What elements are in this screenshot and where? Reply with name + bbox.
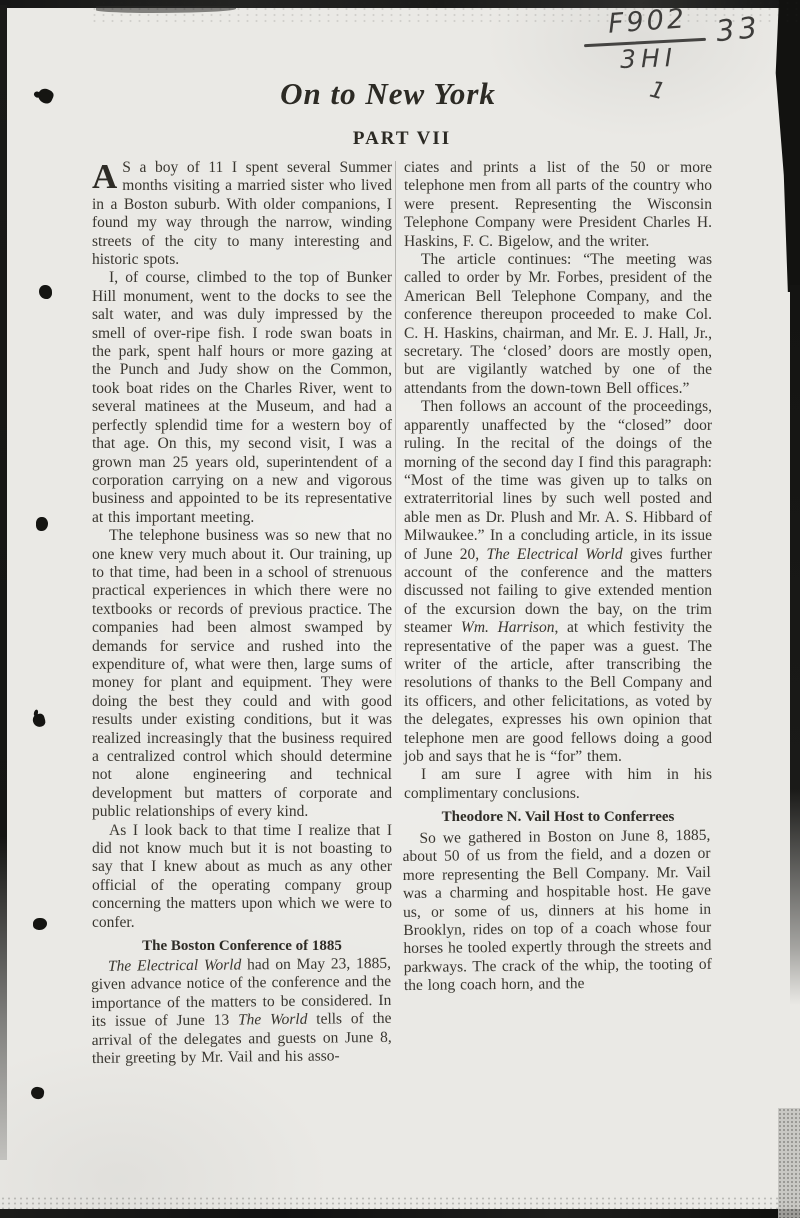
paragraph: The Electrical World had on May 23, 1885… [91, 955, 392, 1069]
italic-text: The Electrical World [108, 957, 241, 975]
ink-blot [36, 87, 55, 106]
left-column: AS a boy of 11 I spent several Summer mo… [92, 159, 392, 1069]
section-heading: The Boston Conference of 1885 [92, 937, 392, 955]
text-columns: AS a boy of 11 I spent several Summer mo… [92, 159, 712, 1069]
body-text: Then follows an account of the proceedin… [404, 398, 712, 562]
italic-text: The World [238, 1011, 308, 1029]
body-text: The article continues: “The meeting was … [404, 251, 712, 397]
paragraph: AS a boy of 11 I spent several Summer mo… [92, 159, 392, 269]
handwritten-call-number-line2: 3HI [620, 43, 678, 74]
paragraph: I, of course, climbed to the top of Bunk… [92, 269, 392, 527]
paragraph: The article continues: “The meeting was … [404, 251, 712, 398]
paragraph: I am sure I agree with him in his compli… [404, 766, 712, 803]
body-text: ciates and prints a list of the 50 or mo… [404, 159, 712, 250]
drop-cap: A [92, 159, 122, 192]
scan-edge-right [790, 285, 800, 1005]
handwritten-call-number: F902 [607, 3, 688, 39]
paragraph: As I look back to that time I realize th… [92, 822, 392, 932]
scanned-page: F902 3HI 1 33 On to New York PART VII AS… [0, 0, 800, 1218]
italic-text: The Electrical World [486, 546, 622, 563]
paragraph: ciates and prints a list of the 50 or mo… [404, 159, 712, 251]
paragraph: The telephone business was so new that n… [92, 527, 392, 822]
section-heading: Theodore N. Vail Host to Conferrees [404, 808, 712, 826]
italic-text: Wm. Harrison [461, 619, 555, 636]
body-text: The Boston Conference of 1885 [142, 938, 342, 954]
part-heading: PART VII [92, 128, 712, 150]
right-column: ciates and prints a list of the 50 or mo… [404, 159, 712, 1069]
article: On to New York PART VII AS a boy of 11 I… [92, 76, 712, 1069]
ink-blot [30, 1086, 45, 1100]
ink-blot [33, 918, 47, 930]
paragraph: Then follows an account of the proceedin… [404, 398, 712, 766]
scan-edge-right-corner [773, 0, 800, 292]
ink-blot [32, 713, 47, 729]
ink-blot [36, 517, 48, 531]
scan-edge-left [0, 5, 7, 1160]
body-text: , at which festivity the representative … [404, 619, 712, 765]
scan-edge-bottom [0, 1209, 800, 1218]
article-title: On to New York [78, 76, 698, 112]
column-divider [395, 161, 396, 721]
paragraph: So we gathered in Boston on June 8, 1885… [402, 826, 712, 995]
scan-speckle-corner [778, 1108, 800, 1218]
handwritten-page-number: 33 [714, 10, 762, 49]
body-text: I am sure I agree with him in his compli… [404, 766, 712, 801]
body-text: As I look back to that time I realize th… [92, 822, 392, 931]
body-text: Theodore N. Vail Host to Conferrees [442, 809, 675, 825]
body-text: So we gathered in Boston on June 8, 1885… [402, 826, 711, 993]
body-text: S a boy of 11 I spent several Summer mon… [92, 159, 392, 268]
body-text: I, of course, climbed to the top of Bunk… [92, 269, 392, 525]
ink-blot [39, 285, 52, 299]
body-text: The telephone business was so new that n… [92, 527, 392, 820]
scan-edge-top-smudge [96, 6, 236, 13]
